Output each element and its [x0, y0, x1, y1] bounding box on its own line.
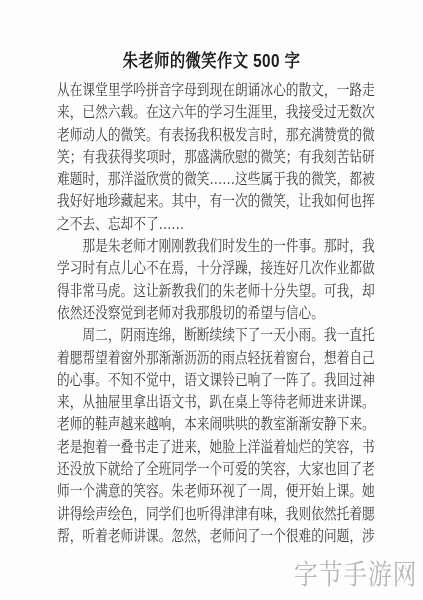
essay-line: 我好好地珍藏起来。其中，有一次的微笑，让我如何也挥: [57, 191, 375, 213]
document-page: 朱老师的微笑作文 500 字 从在课堂里学吟拼音字母到现在朗诵冰心的散文，一路走…: [0, 0, 423, 600]
essay-line: 讲得绘声绘色，同学们也听得津津有味，我则依然托着腮: [57, 504, 375, 526]
essay-line: 之不去、忘却不了……: [57, 214, 375, 236]
essay-line: 老师动人的微笑。有表扬我积极发言时，那充满赞赏的微: [57, 125, 375, 147]
essay-line: 周二，阴雨连绵，断断续续下了一天小雨。我一直托: [57, 325, 375, 347]
essay-body: 从在课堂里学吟拼音字母到现在朗诵冰心的散文，一路走来，已然六载。在这六年的学习生…: [57, 80, 423, 548]
essay-line: 师一个满意的笑容。朱老师环视了一周，便开始上课。她: [57, 481, 375, 503]
essay-line: 得非常马虎。这让新教我们的朱老师十分失望。可我，却: [57, 281, 375, 303]
essay-line: 着腮帮望着窗外那渐渐沥沥的雨点轻抚着窗台，想着自己: [57, 348, 375, 370]
essay-line: 从在课堂里学吟拼音字母到现在朗诵冰心的散文，一路走: [57, 80, 375, 102]
essay-title: 朱老师的微笑作文 500 字: [32, 50, 392, 72]
essay-line: 老是抱着一叠书走了进来，她脸上洋溢着灿烂的笑容，书: [57, 437, 375, 459]
essay-line: 的心事。不知不觉中，语文课铃已响了一阵了。我回过神: [57, 370, 375, 392]
essay-line: 来，从抽屉里拿出语文书，趴在桌上等待老师进来讲课。: [57, 392, 375, 414]
essay-line: 依然还没察觉到老师对我那殷切的希望与信心。: [57, 303, 375, 325]
essay-line: 那是朱老师才刚刚教我们时发生的一件事。那时，我: [57, 236, 375, 258]
site-watermark: 字节手游网: [294, 560, 417, 590]
essay-line: 还没放下就给了全班同学一个可爱的笑容，大家也回了老: [57, 459, 375, 481]
essay-line: 笑；有我获得奖项时，那盛满欣慰的微笑；有我刻苦钻研: [57, 147, 375, 169]
essay-line: 难题时，那洋溢欣赏的微笑……这些属于我的微笑，都被: [57, 169, 375, 191]
essay-line: 老师的鞋声越来越响，本来闹哄哄的教室渐渐安静下来。: [57, 414, 375, 436]
essay-line: 来，已然六载。在这六年的学习生涯里，我接受过无数次: [57, 102, 375, 124]
essay-line: 帮，听着老师讲课。忽然，老师问了一个很难的问题，涉: [57, 526, 375, 548]
essay-line: 学习时有点儿心不在焉，十分浮躁，接连好几次作业都做: [57, 258, 375, 280]
